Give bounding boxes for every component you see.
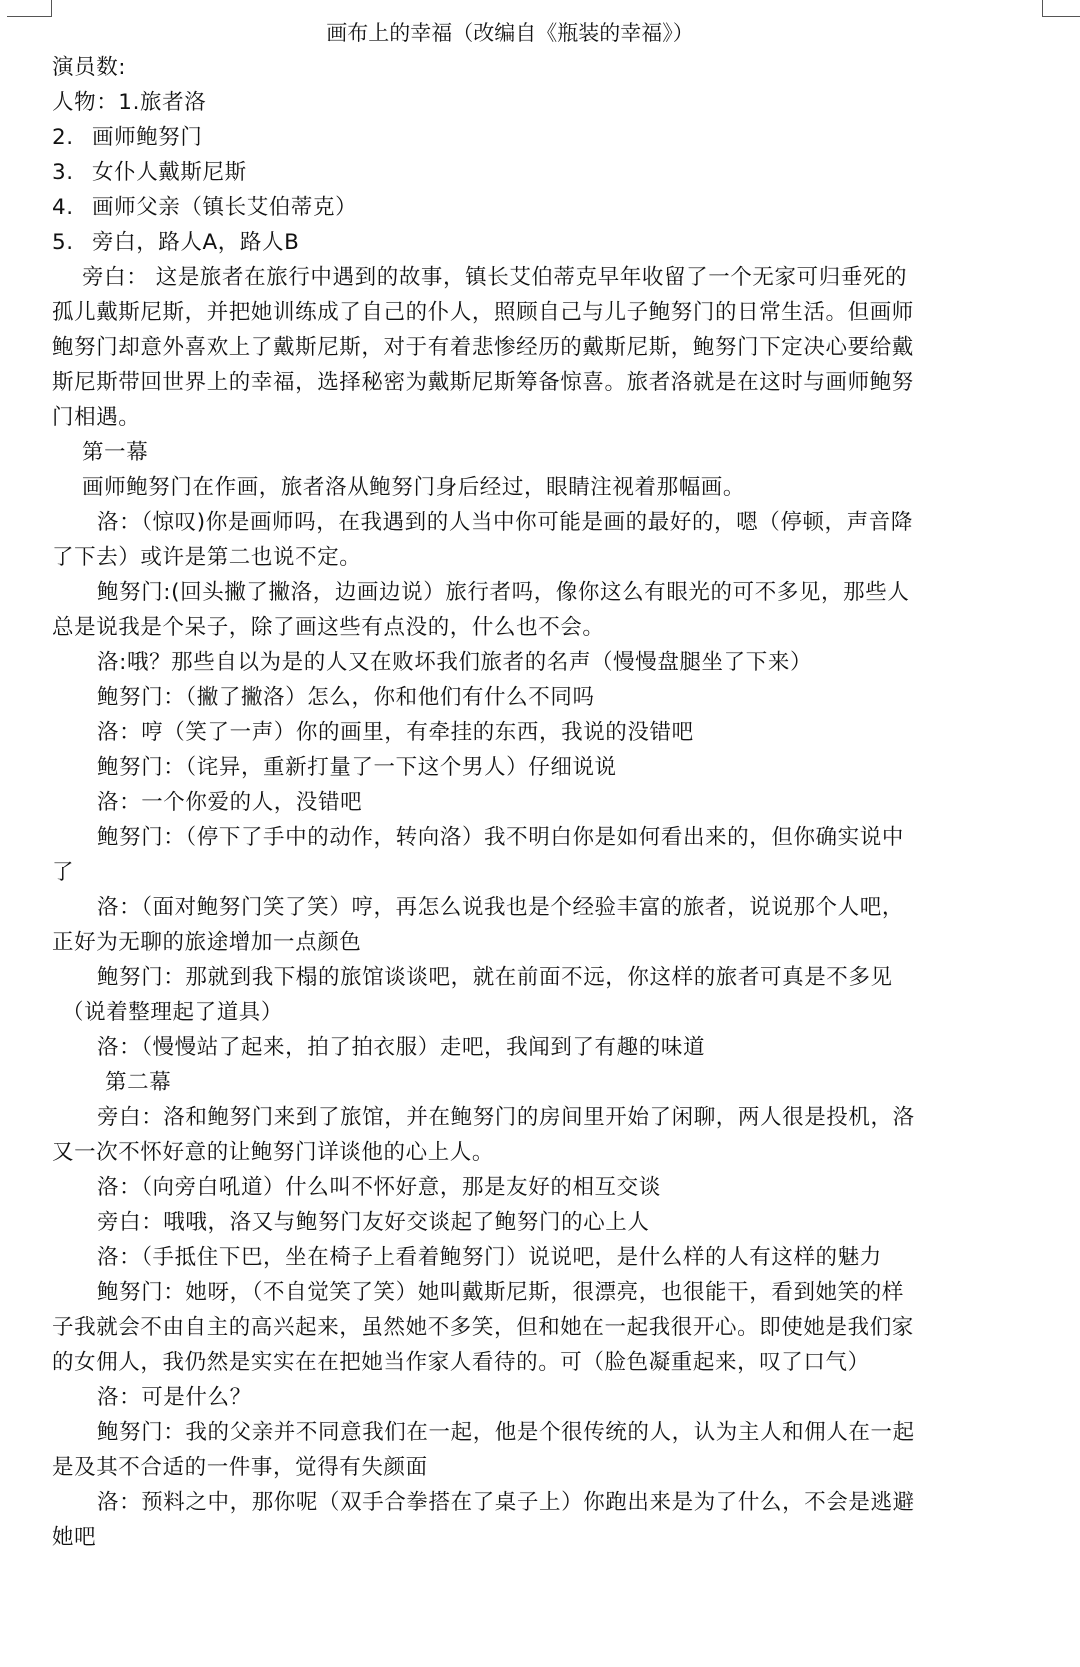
dialogue-line: 洛：哼（笑了一声）你的画里，有牵挂的东西，我说的没错吧 — [97, 717, 694, 749]
dialogue-line: 洛：（惊叹)你是画师吗，在我遇到的人当中你可能是画的最好的，嗯（停顿，声音降 — [97, 507, 913, 539]
character-item: 5.旁白，路人A，路人B — [52, 227, 299, 259]
cast-count-label: 演员数: — [52, 52, 126, 84]
list-number: 3. — [52, 157, 92, 189]
dialogue-line: 鲍努门:(回头撇了撇洛，边画边说）旅行者吗，像你这么有眼光的可不多见，那些人 — [97, 577, 909, 609]
dialogue-line: 洛：一个你爱的人，没错吧 — [97, 787, 362, 819]
character-item: 3.女仆人戴斯尼斯 — [52, 157, 247, 189]
dialogue-line: 总是说我是个呆子，除了画这些有点没的，什么也不会。 — [52, 612, 605, 644]
dialogue-line: （说着整理起了道具） — [62, 997, 283, 1029]
narration-line: 斯尼斯带回世界上的幸福，选择秘密为戴斯尼斯筹备惊喜。旅者洛就是在这时与画师鲍努 — [52, 367, 914, 399]
document-title: 画布上的幸福（改编自《瓶装的幸福》） — [0, 18, 1020, 48]
dialogue-line: 鲍努门：（停下了手中的动作，转向洛）我不明白你是如何看出来的，但你确实说中 — [97, 822, 904, 854]
list-number: 5. — [52, 227, 92, 259]
page-corner-mark-left — [7, 0, 52, 17]
act-heading-1: 第一幕 — [82, 437, 148, 469]
character-name: 画师父亲（镇长艾伯蒂克） — [92, 195, 357, 220]
narration-line: 旁白：洛和鲍努门来到了旅馆，并在鲍努门的房间里开始了闲聊，两人很是投机，洛 — [97, 1102, 915, 1134]
dialogue-line: 鲍努门：我的父亲并不同意我们在一起，他是个很传统的人，认为主人和佣人在一起 — [97, 1417, 915, 1449]
dialogue-line: 鲍努门：她呀，（不自觉笑了笑）她叫戴斯尼斯，很漂亮，也很能干，看到她笑的样 — [97, 1277, 904, 1309]
dialogue-line: 子我就会不由自主的高兴起来，虽然她不多笑，但和她在一起我很开心。即使她是我们家 — [52, 1312, 914, 1344]
act-heading-2: 第二幕 — [105, 1067, 171, 1099]
narration-line: 又一次不怀好意的让鲍努门详谈他的心上人。 — [52, 1137, 494, 1169]
dialogue-line: 鲍努门：（诧异，重新打量了一下这个男人）仔细说说 — [97, 752, 617, 784]
dialogue-line: 洛：（慢慢站了起来，拍了拍衣服）走吧，我闻到了有趣的味道 — [97, 1032, 705, 1064]
dialogue-line: 正好为无聊的旅途增加一点颜色 — [52, 927, 361, 959]
narration-line: 旁白： 这是旅者在旅行中遇到的故事，镇长艾伯蒂克早年收留了一个无家可归垂死的 — [82, 262, 907, 294]
character-name: 旁白，路人A，路人B — [92, 230, 299, 255]
narration-line: 鲍努门却意外喜欢上了戴斯尼斯，对于有着悲惨经历的戴斯尼斯，鲍努门下定决心要给戴 — [52, 332, 914, 364]
dialogue-line: 的女佣人，我仍然是实实在在把她当作家人看待的。可（脸色凝重起来，叹了口气） — [52, 1347, 870, 1379]
character-name: 女仆人戴斯尼斯 — [92, 160, 247, 185]
stage-direction: 画师鲍努门在作画，旅者洛从鲍努门身后经过，眼睛注视着那幅画。 — [82, 472, 745, 504]
dialogue-line: 洛：（向旁白吼道）什么叫不怀好意，那是友好的相互交谈 — [97, 1172, 661, 1204]
character-item: 2.画师鲍努门 — [52, 122, 203, 154]
list-number: 4. — [52, 192, 92, 224]
dialogue-line: 鲍努门：那就到我下榻的旅馆谈谈吧，就在前面不远，你这样的旅者可真是不多见 — [97, 962, 893, 994]
dialogue-line: 鲍努门：（撇了撇洛）怎么，你和他们有什么不同吗 — [97, 682, 595, 714]
dialogue-line: 她吧 — [52, 1522, 96, 1554]
dialogue-line: 是及其不合适的一件事，觉得有失颜面 — [52, 1452, 428, 1484]
dialogue-line: 洛：可是什么？ — [97, 1382, 252, 1414]
narration-line: 孤儿戴斯尼斯，并把她训练成了自己的仆人，照顾自己与儿子鲍努门的日常生活。但画师 — [52, 297, 914, 329]
dialogue-line: 了 — [52, 857, 74, 889]
dialogue-line: 洛：预料之中，那你呢（双手合拳搭在了桌子上）你跑出来是为了什么，不会是逃避 — [97, 1487, 915, 1519]
narration-line: 旁白：哦哦，洛又与鲍努门友好交谈起了鲍努门的心上人 — [97, 1207, 650, 1239]
list-number: 2. — [52, 122, 92, 154]
narration-line: 门相遇。 — [52, 402, 140, 434]
characters-label: 人物：1.旅者洛 — [52, 87, 206, 119]
character-item: 4.画师父亲（镇长艾伯蒂克） — [52, 192, 357, 224]
dialogue-line: 洛：（面对鲍努门笑了笑）哼，再怎么说我也是个经验丰富的旅者，说说那个人吧， — [97, 892, 904, 924]
character-name: 画师鲍努门 — [92, 125, 203, 150]
dialogue-line: 洛:哦？那些自以为是的人又在败坏我们旅者的名声（慢慢盘腿坐了下来） — [97, 647, 812, 679]
dialogue-line: 洛：（手抵住下巴，坐在椅子上看着鲍努门）说说吧，是什么样的人有这样的魅力 — [97, 1242, 882, 1274]
dialogue-line: 了下去）或许是第二也说不定。 — [52, 542, 361, 574]
page-corner-mark-right — [1042, 0, 1080, 17]
